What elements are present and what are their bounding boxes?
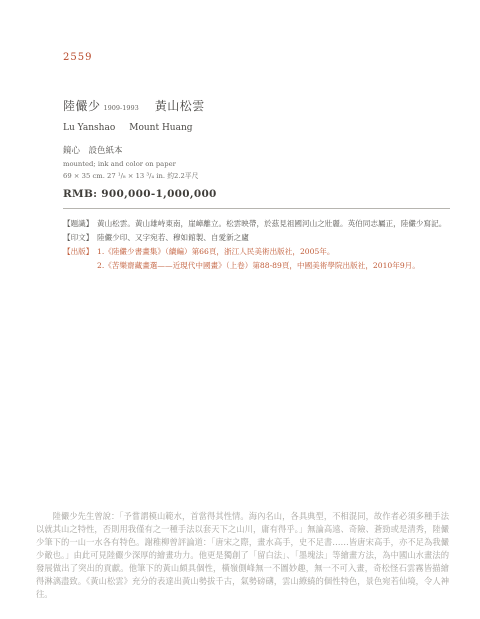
publication-section: 【出版】 1.《陸儼少書畫集》（續編）第66頁，浙江人民美術出版社，2005年。…: [63, 245, 450, 273]
artist-name-cn: 陸儼少: [63, 99, 101, 113]
format-medium-cn: 鏡心 設色紙本: [63, 144, 450, 156]
publication-label: 【出版】: [63, 245, 97, 273]
divider-rule: [63, 208, 450, 209]
artist-dates: 1909-1993: [104, 104, 139, 112]
seals-text: 陸儼少印、又字宛若、穆如館製、自愛新之廬: [97, 231, 450, 245]
publication-item-1: 1.《陸儼少書畫集》（續編）第66頁，浙江人民美術出版社，2005年。: [97, 245, 450, 259]
lot-info-block: 2559 陸儼少1909-1993黃山松雲 Lu YanshaoMount Hu…: [63, 52, 450, 273]
artwork-title-en: Mount Huang: [129, 123, 192, 133]
lot-detail-sections: 【題識】 黃山松雲。黃山雄峙東南，崖嶂離立。松雲映帶，於茲見祖國河山之壯麗。英伯…: [63, 217, 450, 273]
seals-label: 【印文】: [63, 231, 97, 245]
publication-item-2: 2.《苦樂齋藏畫選——近現代中國畫》（上卷）第88-89頁，中國美術學院出版社，…: [97, 259, 450, 273]
medium-en: mounted; ink and color on paper: [63, 160, 450, 168]
seals-section: 【印文】 陸儼少印、又字宛若、穆如館製、自愛新之廬: [63, 231, 450, 245]
estimate-price: RMB: 900,000-1,000,000: [63, 188, 450, 200]
artist-title-line-en: Lu YanshaoMount Huang: [63, 123, 450, 133]
lot-essay: 陸儼少先生曾說：「予嘗謂模山範水，首當得其性情。海內名山，各具典型，不相混同，故…: [36, 510, 449, 601]
dimensions: 69 × 35 cm. 27 ¹/₈ × 13 ³/₄ in. 約2.2平尺: [63, 170, 450, 180]
lot-number: 2559: [63, 52, 450, 63]
catalog-page: 2559 陸儼少1909-1993黃山松雲 Lu YanshaoMount Hu…: [0, 0, 480, 619]
inscription-section: 【題識】 黃山松雲。黃山雄峙東南，崖嶂離立。松雲映帶，於茲見祖國河山之壯麗。英伯…: [63, 217, 450, 231]
publication-items: 1.《陸儼少書畫集》（續編）第66頁，浙江人民美術出版社，2005年。 2.《苦…: [97, 245, 450, 273]
artist-name-en: Lu Yanshao: [63, 123, 115, 133]
inscription-label: 【題識】: [63, 217, 97, 231]
inscription-text: 黃山松雲。黃山雄峙東南，崖嶂離立。松雲映帶，於茲見祖國河山之壯麗。英伯同志屬正，…: [97, 217, 450, 231]
artist-title-line: 陸儼少1909-1993黃山松雲: [63, 97, 450, 114]
artwork-title-cn: 黃山松雲: [155, 99, 205, 113]
